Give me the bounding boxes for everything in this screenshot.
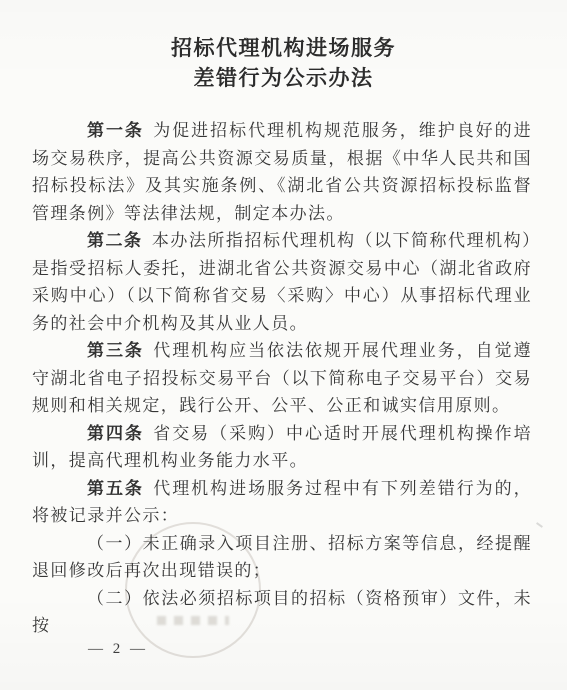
article-4-label: 第四条 (87, 424, 144, 443)
article-5-item-1-text: （一）未正确录入项目注册、招标方案等信息，经提醒退回修改后再次出现错误的； (32, 534, 532, 581)
article-1-paragraph: 第一条为促进招标代理机构规范服务，维护良好的进场交易秩序，提高公共资源交易质量，… (32, 117, 532, 227)
article-1-label: 第一条 (87, 121, 144, 140)
article-5-item-2: （二）依法必须招标项目的招标（资格预审）文件，未按 (32, 585, 532, 640)
article-5-item-2-text: （二）依法必须招标项目的招标（资格预审）文件，未按 (32, 589, 532, 636)
article-3-label: 第三条 (87, 341, 144, 360)
document-title-line-1: 招标代理机构进场服务 (0, 33, 567, 63)
document-title: 招标代理机构进场服务 差错行为公示办法 (0, 33, 567, 93)
scanned-document-page: 招标代理机构进场服务 差错行为公示办法 第一条为促进招标代理机构规范服务，维护良… (0, 0, 567, 690)
page-number: — 2 — (88, 641, 148, 658)
article-2-label: 第二条 (87, 231, 143, 250)
article-5-paragraph: 第五条代理机构进场服务过程中有下列差错行为的，将被记录并公示： (32, 475, 532, 530)
article-4-paragraph: 第四条省交易（采购）中心适时开展代理机构操作培训，提高代理机构业务能力水平。 (32, 420, 532, 475)
article-5-item-1: （一）未正确录入项目注册、招标方案等信息，经提醒退回修改后再次出现错误的； (32, 530, 532, 585)
document-body: 第一条为促进招标代理机构规范服务，维护良好的进场交易秩序，提高公共资源交易质量，… (32, 117, 532, 640)
article-3-paragraph: 第三条代理机构应当依法依规开展代理业务，自觉遵守湖北省电子招投标交易平台（以下简… (32, 337, 532, 420)
document-title-line-2: 差错行为公示办法 (0, 63, 567, 93)
article-2-paragraph: 第二条本办法所指招标代理机构（以下简称代理机构）是指受招标人委托，进湖北省公共资… (32, 227, 532, 337)
article-5-label: 第五条 (87, 479, 144, 498)
scan-artifact-speck (536, 522, 543, 528)
